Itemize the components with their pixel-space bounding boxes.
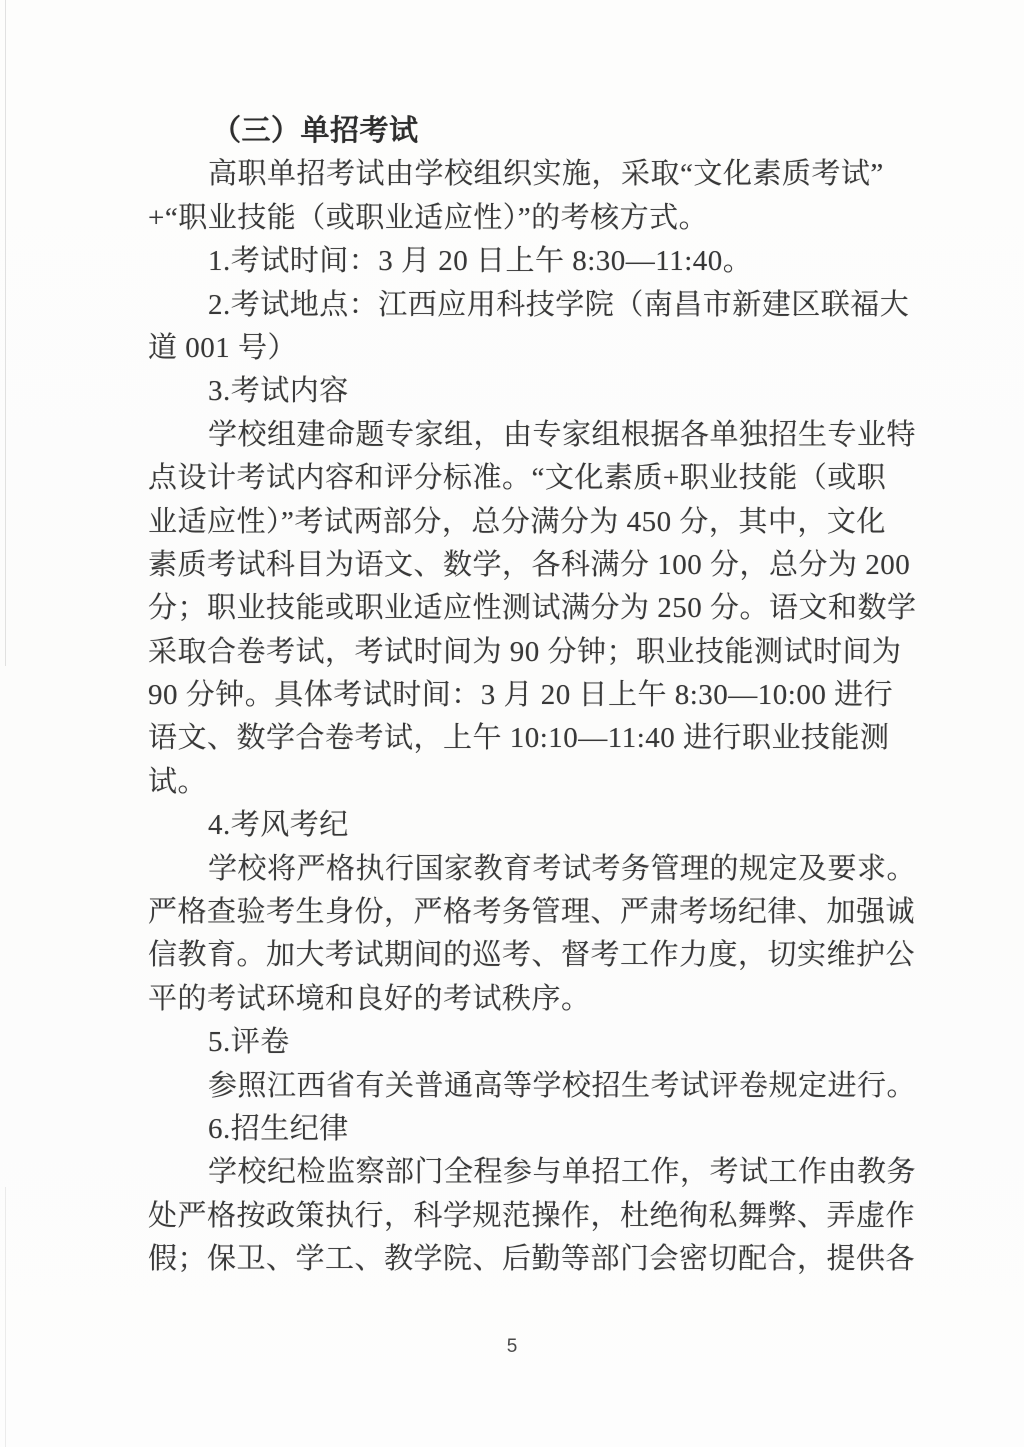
text-line: 处严格按政策执行，科学规范操作，杜绝徇私舞弊、弄虚作 <box>148 1195 893 1238</box>
text-line: 素质考试科目为语文、数学，各科满分 100 分，总分为 200 <box>148 544 893 587</box>
text-line: 点设计考试内容和评分标准。“文化素质+职业技能（或职 <box>148 457 893 500</box>
text-line: 道 001 号） <box>148 327 893 370</box>
text-line: 平的考试环境和良好的考试秩序。 <box>148 978 893 1021</box>
text-line: 高职单招考试由学校组织实施，采取“文化素质考试” <box>148 153 893 196</box>
text-line: 业适应性）”考试两部分，总分满分为 450 分，其中，文化 <box>148 501 893 544</box>
document-body: （三）单招考试 高职单招考试由学校组织实施，采取“文化素质考试” +“职业技能（… <box>148 110 893 1282</box>
text-line: 1.考试时间：3 月 20 日上午 8:30—11:40。 <box>148 240 893 283</box>
section-heading: （三）单招考试 <box>148 110 893 153</box>
text-line: 分；职业技能或职业适应性测试满分为 250 分。语文和数学 <box>148 587 893 630</box>
text-line: 4.考风考纪 <box>148 804 893 847</box>
scan-edge-artifact <box>5 1187 6 1447</box>
text-line: 90 分钟。具体考试时间：3 月 20 日上午 8:30—10:00 进行 <box>148 674 893 717</box>
text-line: 2.考试地点：江西应用科技学院（南昌市新建区联福大 <box>148 284 893 327</box>
text-line: 严格查验考生身份，严格考务管理、严肃考场纪律、加强诚 <box>148 891 893 934</box>
text-line: 学校纪检监察部门全程参与单招工作，考试工作由教务 <box>148 1151 893 1194</box>
page-number: 5 <box>0 1336 1024 1358</box>
text-line: 语文、数学合卷考试，上午 10:10—11:40 进行职业技能测 <box>148 717 893 760</box>
text-line: 信教育。加大考试期间的巡考、督考工作力度，切实维护公 <box>148 934 893 977</box>
text-line: 6.招生纪律 <box>148 1108 893 1151</box>
scan-edge-artifact <box>5 0 6 666</box>
text-line: 5.评卷 <box>148 1021 893 1064</box>
text-line: +“职业技能（或职业适应性）”的考核方式。 <box>148 197 893 240</box>
scanned-document-page: （三）单招考试 高职单招考试由学校组织实施，采取“文化素质考试” +“职业技能（… <box>0 0 1024 1447</box>
text-line: 3.考试内容 <box>148 370 893 413</box>
text-line: 学校组建命题专家组，由专家组根据各单独招生专业特 <box>148 414 893 457</box>
text-line: 学校将严格执行国家教育考试考务管理的规定及要求。 <box>148 848 893 891</box>
text-line: 试。 <box>148 761 893 804</box>
text-line: 假；保卫、学工、教学院、后勤等部门会密切配合，提供各 <box>148 1238 893 1281</box>
text-line: 采取合卷考试，考试时间为 90 分钟；职业技能测试时间为 <box>148 631 893 674</box>
text-line: 参照江西省有关普通高等学校招生考试评卷规定进行。 <box>148 1065 893 1108</box>
